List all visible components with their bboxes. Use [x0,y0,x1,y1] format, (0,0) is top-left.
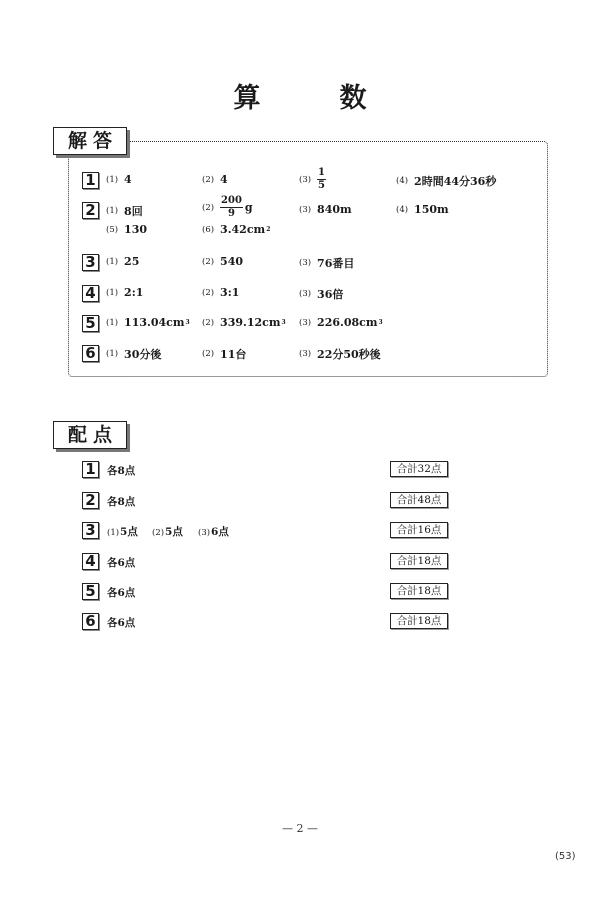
sub-label: (1) [106,175,118,185]
answer-value: 36倍 [317,286,343,302]
unit: g [245,201,253,214]
sub-label: (2) [202,257,214,267]
score-text-2: 各8点 [107,494,135,509]
answer-5-1: (1)113.04cm3 [106,316,190,329]
points: 6点 [211,526,229,538]
numerator: 200 [220,196,243,208]
answer-value: 3:1 [220,286,239,299]
answer-value: 22分50秒後 [317,346,381,362]
answer-2-1: (1)8回 [106,203,143,219]
score-number-2: 2 [82,492,99,509]
question-number-5: 5 [82,315,99,332]
answer-1-1: (1)4 [106,173,132,186]
sub-label: (4) [396,176,408,186]
answer-value: 2時間44分36秒 [414,173,496,189]
answer-6-1: (1)30分後 [106,346,161,362]
answer-4-3: (3)36倍 [299,286,343,302]
score-number-6: 6 [82,613,99,630]
score-text-6: 各6点 [107,615,135,630]
score-text-1: 各8点 [107,463,135,478]
exponent: 3 [281,319,285,326]
answer-1-2: (2)4 [202,173,228,186]
sub-label: (1) [106,206,118,216]
sub-label: (2) [202,349,214,359]
sub-label: (2) [202,288,214,298]
question-number-4: 4 [82,285,99,302]
score-part-3-1: (1)5点 [107,524,138,539]
points: 5点 [165,526,183,538]
score-number-3: 3 [82,522,99,539]
answer-3-3: (3)76番目 [299,255,354,271]
fraction: 2009 [220,196,243,219]
score-total-3: 合計16点 [390,522,448,538]
score-total-6: 合計18点 [390,613,448,629]
sub-label: (3) [299,289,311,299]
answer-1-4: (4)2時間44分36秒 [396,173,496,189]
question-number-3: 3 [82,254,99,271]
sub-label: (2) [202,175,214,185]
answer-2-2: (2)2009g [202,196,253,219]
score-number-4: 4 [82,553,99,570]
denominator: 9 [228,208,235,219]
answer-value: 226.08cm [317,316,377,329]
sub-label: (2) [152,528,164,538]
sub-label: (3) [299,349,311,359]
answer-value: 130 [124,223,147,236]
answer-5-3: (3)226.08cm3 [299,316,383,329]
question-number-6: 6 [82,345,99,362]
score-text-4: 各6点 [107,555,135,570]
sub-label: (3) [299,205,311,215]
answer-4-2: (2)3:1 [202,286,239,299]
answer-value: 11台 [220,346,246,362]
sub-label: (3) [299,175,311,185]
score-total-5: 合計18点 [390,583,448,599]
exponent: 3 [378,319,382,326]
sub-label: (1) [106,288,118,298]
answer-6-2: (2)11台 [202,346,246,362]
answer-2-5: (5)130 [106,223,147,236]
answer-5-2: (2)339.12cm3 [202,316,286,329]
fraction: 15 [317,168,326,191]
question-number-1: 1 [82,172,99,189]
points: 5点 [120,526,138,538]
answers-section-label: 解答 [53,127,127,155]
answer-value: 540 [220,255,243,268]
score-number-5: 5 [82,583,99,600]
sub-label: (3) [299,258,311,268]
answer-value: 76番目 [317,255,354,271]
answer-1-3: (3)15 [299,168,326,191]
sub-label: (3) [198,528,210,538]
denominator: 5 [318,180,325,191]
answer-2-4: (4)150m [396,203,449,216]
question-number-2: 2 [82,202,99,219]
answer-4-1: (1)2:1 [106,286,143,299]
sub-label: (4) [396,205,408,215]
score-part-3-3: (3)6点 [198,524,229,539]
answer-3-1: (1)25 [106,255,139,268]
answer-value: 25 [124,255,139,268]
answer-value: 3.42cm [220,223,265,236]
sub-label: (2) [202,318,214,328]
score-part-3-2: (2)5点 [152,524,183,539]
score-total-1: 合計32点 [390,461,448,477]
sub-label: (1) [107,528,119,538]
answer-3-2: (2)540 [202,255,243,268]
answer-value: 2:1 [124,286,143,299]
sub-label: (1) [106,257,118,267]
exponent: 2 [266,226,270,233]
answer-6-3: (3)22分50秒後 [299,346,381,362]
exponent: 3 [185,319,189,326]
score-total-4: 合計18点 [390,553,448,569]
sub-label: (5) [106,225,118,235]
score-text-5: 各6点 [107,585,135,600]
sub-label: (1) [106,349,118,359]
numerator: 1 [317,168,326,180]
score-number-1: 1 [82,461,99,478]
answer-value: 113.04cm [124,316,184,329]
score-total-2: 合計48点 [390,492,448,508]
page-number: — 2 — [0,822,600,835]
answer-value: 150m [414,203,449,216]
answer-value: 30分後 [124,346,161,362]
sub-label: (6) [202,225,214,235]
answer-value: 8回 [124,203,143,219]
sub-label: (3) [299,318,311,328]
page-code: (53) [555,851,576,862]
scoring-section-label: 配点 [53,421,127,449]
answer-2-3: (3)840m [299,203,352,216]
answer-value: 339.12cm [220,316,280,329]
answer-value: 4 [220,173,228,186]
answer-value: 840m [317,203,352,216]
answer-value: 4 [124,173,132,186]
answer-2-6: (6)3.42cm2 [202,223,270,236]
sub-label: (2) [202,203,214,213]
page-title: 算 数 [0,76,600,115]
sub-label: (1) [106,318,118,328]
